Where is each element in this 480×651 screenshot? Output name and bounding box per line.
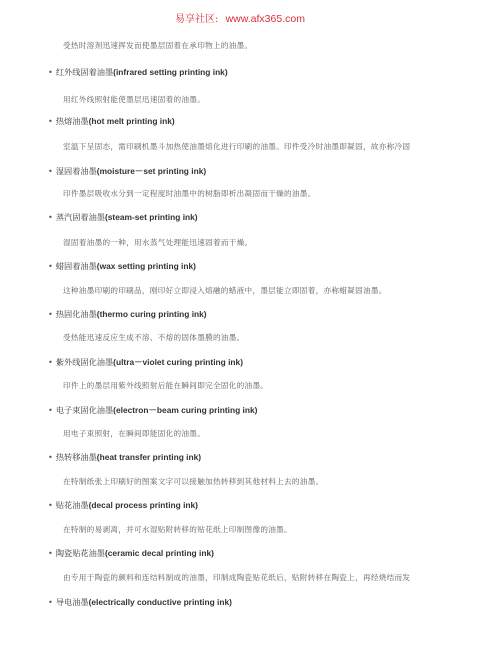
bullet-icon: • bbox=[48, 166, 53, 176]
term-heading: •紫外线固化油墨(ultra－violet curing printing in… bbox=[48, 356, 243, 368]
term-heading: •湿固着油墨(moisture－set printing ink) bbox=[48, 165, 206, 177]
term-english: (ceramic decal printing ink) bbox=[105, 548, 214, 558]
term-english: (wax setting printing ink) bbox=[97, 261, 196, 271]
term-description: 湿固着油墨的一种，用水蒸气处理能迅速固着而干燥。 bbox=[63, 237, 252, 248]
term-chinese: 紫外线固化油墨 bbox=[56, 357, 113, 367]
term-heading: •陶瓷贴花油墨(ceramic decal printing ink) bbox=[48, 548, 214, 559]
term-description: 印件墨层吸收水分到一定程度时油墨中的树脂即析出凝固而干燥的油墨。 bbox=[63, 188, 316, 199]
term-heading: •热固化油墨(thermo curing printing ink) bbox=[48, 309, 207, 320]
term-description: 受热时溶剂迅速挥发而使墨层固着在承印物上的油墨。 bbox=[63, 40, 252, 51]
term-chinese: 湿固着油墨 bbox=[56, 166, 97, 176]
term-description: 印件上的墨层用紫外线照射后能在瞬间即完全固化的油墨。 bbox=[63, 380, 268, 391]
term-description: 由专用于陶瓷的颜料和连结料制成的油墨，印制成陶瓷贴花纸后，贴附转移在陶瓷上，再经… bbox=[63, 572, 410, 583]
term-english: (decal process printing ink) bbox=[89, 500, 198, 510]
bullet-icon: • bbox=[48, 357, 53, 367]
term-english: (electrically conductive printing ink) bbox=[89, 597, 232, 607]
term-heading: •蒸汽固着油墨(steam-set printing ink) bbox=[48, 212, 198, 223]
bullet-icon: • bbox=[48, 500, 53, 510]
bullet-icon: • bbox=[48, 261, 53, 271]
bullet-icon: • bbox=[48, 116, 53, 126]
bullet-icon: • bbox=[48, 67, 53, 77]
term-heading: •导电油墨(electrically conductive printing i… bbox=[48, 597, 232, 608]
site-header: 易享社区: www.afx365.com bbox=[0, 10, 480, 25]
term-heading: •电子束固化油墨(electron－beam curing printing i… bbox=[48, 404, 257, 416]
term-chinese: 导电油墨 bbox=[56, 597, 89, 607]
bullet-icon: • bbox=[48, 548, 53, 558]
term-english: (ultra－violet curing printing ink) bbox=[113, 357, 243, 367]
term-chinese: 蜡固着油墨 bbox=[56, 261, 97, 271]
term-description: 受热能迅速反应生成不溶、不熔的固体墨膜的油墨。 bbox=[63, 332, 245, 343]
bullet-icon: • bbox=[48, 452, 53, 462]
term-chinese: 红外线固着油墨 bbox=[56, 67, 113, 77]
term-description: 室温下呈固态，需印刷机墨斗加热使油墨熔化进行印刷的油墨。印件受冷时油墨即凝固，故… bbox=[63, 141, 410, 152]
term-chinese: 热固化油墨 bbox=[56, 309, 97, 319]
site-brand: 易享社区: bbox=[175, 14, 218, 25]
term-description: 这种油墨印刷的印刷品，刚印好立即浸入熔融的蜡液中，墨层能立即固着，亦称蜡凝固油墨… bbox=[63, 285, 387, 296]
bullet-icon: • bbox=[48, 405, 53, 415]
site-url[interactable]: www.afx365.com bbox=[226, 13, 305, 25]
bullet-icon: • bbox=[48, 212, 53, 222]
term-description: 在特制纸张上印刷好的图案文字可以接触加热转移到其他材料上去的油墨。 bbox=[63, 476, 324, 487]
term-heading: •蜡固着油墨(wax setting printing ink) bbox=[48, 261, 196, 272]
term-description: 用红外线照射能使墨层迅速固着的油墨。 bbox=[63, 94, 205, 105]
term-heading: •贴花油墨(decal process printing ink) bbox=[48, 500, 198, 511]
term-english: (electron－beam curing printing ink) bbox=[113, 405, 257, 415]
term-english: (heat transfer printing ink) bbox=[97, 452, 201, 462]
term-heading: •热转移油墨(heat transfer printing ink) bbox=[48, 452, 201, 463]
term-chinese: 热转移油墨 bbox=[56, 452, 97, 462]
term-chinese: 电子束固化油墨 bbox=[56, 405, 113, 415]
term-chinese: 热熔油墨 bbox=[56, 116, 89, 126]
term-english: (hot melt printing ink) bbox=[89, 116, 175, 126]
term-english: (thermo curing printing ink) bbox=[97, 309, 207, 319]
term-english: (steam-set printing ink) bbox=[105, 212, 198, 222]
term-description: 用电子束照射，在瞬间即能固化的油墨。 bbox=[63, 428, 205, 439]
term-heading: •热熔油墨(hot melt printing ink) bbox=[48, 116, 175, 127]
bullet-icon: • bbox=[48, 309, 53, 319]
term-english: (infrared setting printing ink) bbox=[113, 67, 227, 77]
term-chinese: 贴花油墨 bbox=[56, 500, 89, 510]
term-english: (moisture－set printing ink) bbox=[97, 166, 206, 176]
term-chinese: 蒸汽固着油墨 bbox=[56, 212, 105, 222]
term-heading: •红外线固着油墨(infrared setting printing ink) bbox=[48, 67, 228, 78]
bullet-icon: • bbox=[48, 597, 53, 607]
term-chinese: 陶瓷贴花油墨 bbox=[56, 548, 105, 558]
term-description: 在特制的易剥离，并可水湿贴附转移的贴花纸上印制图像的油墨。 bbox=[63, 524, 292, 535]
